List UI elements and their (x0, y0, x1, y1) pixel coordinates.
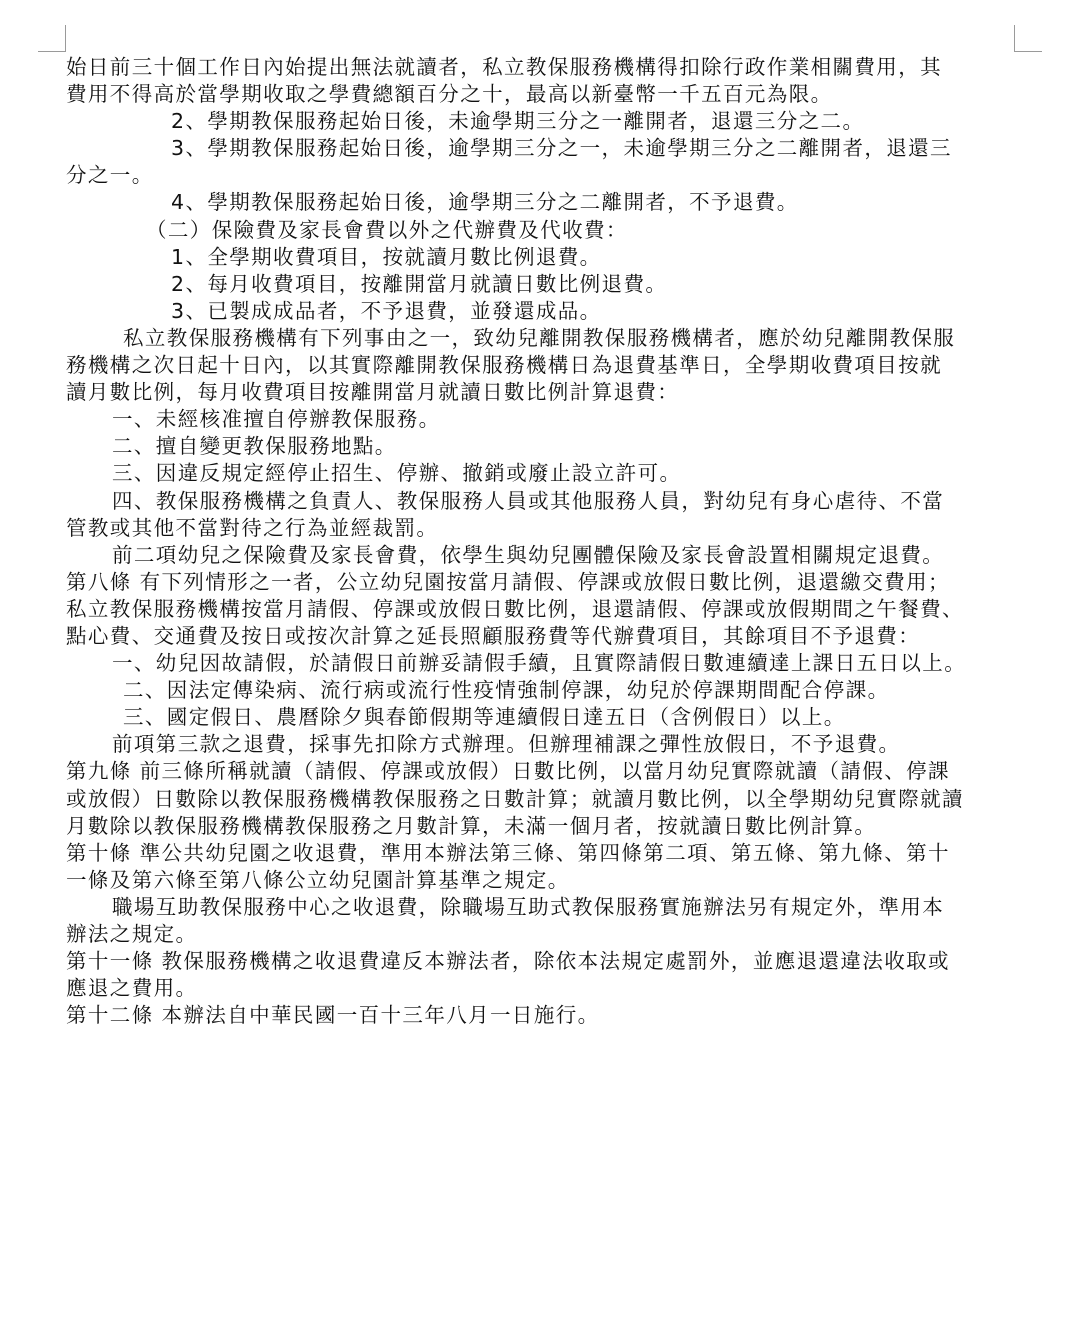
document-line: 三、國定假日、農曆除夕與春節假期等連續假日達五日（含例假日）以上。 (66, 704, 1026, 731)
document-line: 職場互助教保服務中心之收退費，除職場互助式教保服務實施辦法另有規定外，準用本 (66, 894, 1026, 921)
document-line: 或放假）日數除以教保服務機構教保服務之日數計算；就讀月數比例，以全學期幼兒實際就… (66, 786, 1026, 813)
document-page: 始日前三十個工作日內始提出無法就讀者，私立教保服務機構得扣除行政作業相關費用，其… (0, 0, 1080, 1342)
document-line: 管教或其他不當對待之行為並經裁罰。 (66, 515, 1026, 542)
document-line: （二）保險費及家長會費以外之代辦費及代收費： (66, 217, 1026, 244)
document-line: 1、全學期收費項目，按就讀月數比例退費。 (66, 244, 1026, 271)
document-line: 3、已製成成品者，不予退費，並發還成品。 (66, 298, 1026, 325)
document-line: 應退之費用。 (66, 975, 1026, 1002)
document-line: 一、幼兒因故請假，於請假日前辦妥請假手續，且實際請假日數連續達上課日五日以上。 (66, 650, 1026, 677)
document-line: 辦法之規定。 (66, 921, 1026, 948)
document-line: 三、因違反規定經停止招生、停辦、撤銷或廢止設立許可。 (66, 460, 1026, 487)
document-line: 讀月數比例，每月收費項目按離開當月就讀日數比例計算退費： (66, 379, 1026, 406)
margin-corner-mark-top-right (1014, 25, 1015, 52)
document-line: 四、教保服務機構之負責人、教保服務人員或其他服務人員，對幼兒有身心虐待、不當 (66, 488, 1026, 515)
document-line: 點心費、交通費及按日或按次計算之延長照顧服務費等代辦費項目，其餘項目不予退費： (66, 623, 1026, 650)
document-line: 月數除以教保服務機構教保服務之月數計算，未滿一個月者，按就讀日數比例計算。 (66, 813, 1026, 840)
document-line: 前二項幼兒之保險費及家長會費，依學生與幼兒團體保險及家長會設置相關規定退費。 (66, 542, 1026, 569)
document-line: 第八條 有下列情形之一者，公立幼兒園按當月請假、停課或放假日數比例，退還繳交費用… (66, 569, 1026, 596)
document-line: 二、因法定傳染病、流行病或流行性疫情強制停課，幼兒於停課期間配合停課。 (66, 677, 1026, 704)
document-line: 第九條 前三條所稱就讀（請假、停課或放假）日數比例，以當月幼兒實際就讀（請假、停… (66, 758, 1026, 785)
document-line: 3、學期教保服務起始日後，逾學期三分之一，未逾學期三分之二離開者，退還三 (66, 135, 1026, 162)
document-line: 第十一條 教保服務機構之收退費違反本辦法者，除依本法規定處罰外，並應退還違法收取… (66, 948, 1026, 975)
document-line: 4、學期教保服務起始日後，逾學期三分之二離開者，不予退費。 (66, 189, 1026, 216)
margin-corner-mark-top-left (38, 51, 66, 52)
document-body[interactable]: 始日前三十個工作日內始提出無法就讀者，私立教保服務機構得扣除行政作業相關費用，其… (66, 54, 1026, 1029)
document-line: 私立教保服務機構有下列事由之一，致幼兒離開教保服務機構者，應於幼兒離開教保服 (66, 325, 1026, 352)
document-line: 第十條 準公共幼兒園之收退費，準用本辦法第三條、第四條第二項、第五條、第九條、第… (66, 840, 1026, 867)
document-line: 第十二條 本辦法自中華民國一百十三年八月一日施行。 (66, 1002, 1026, 1029)
margin-corner-mark-top-left (65, 25, 66, 52)
margin-corner-mark-top-right (1014, 51, 1042, 52)
document-line: 一、未經核准擅自停辦教保服務。 (66, 406, 1026, 433)
document-line: 私立教保服務機構按當月請假、停課或放假日數比例，退還請假、停課或放假期間之午餐費… (66, 596, 1026, 623)
document-line: 2、每月收費項目，按離開當月就讀日數比例退費。 (66, 271, 1026, 298)
document-line: 前項第三款之退費，採事先扣除方式辦理。但辦理補課之彈性放假日，不予退費。 (66, 731, 1026, 758)
document-line: 二、擅自變更教保服務地點。 (66, 433, 1026, 460)
document-line: 務機構之次日起十日內，以其實際離開教保服務機構日為退費基準日，全學期收費項目按就 (66, 352, 1026, 379)
document-line: 一條及第六條至第八條公立幼兒園計算基準之規定。 (66, 867, 1026, 894)
document-line: 2、學期教保服務起始日後，未逾學期三分之一離開者，退還三分之二。 (66, 108, 1026, 135)
document-line: 分之一。 (66, 162, 1026, 189)
document-line: 始日前三十個工作日內始提出無法就讀者，私立教保服務機構得扣除行政作業相關費用，其 (66, 54, 1026, 81)
document-line: 費用不得高於當學期收取之學費總額百分之十，最高以新臺幣一千五百元為限。 (66, 81, 1026, 108)
